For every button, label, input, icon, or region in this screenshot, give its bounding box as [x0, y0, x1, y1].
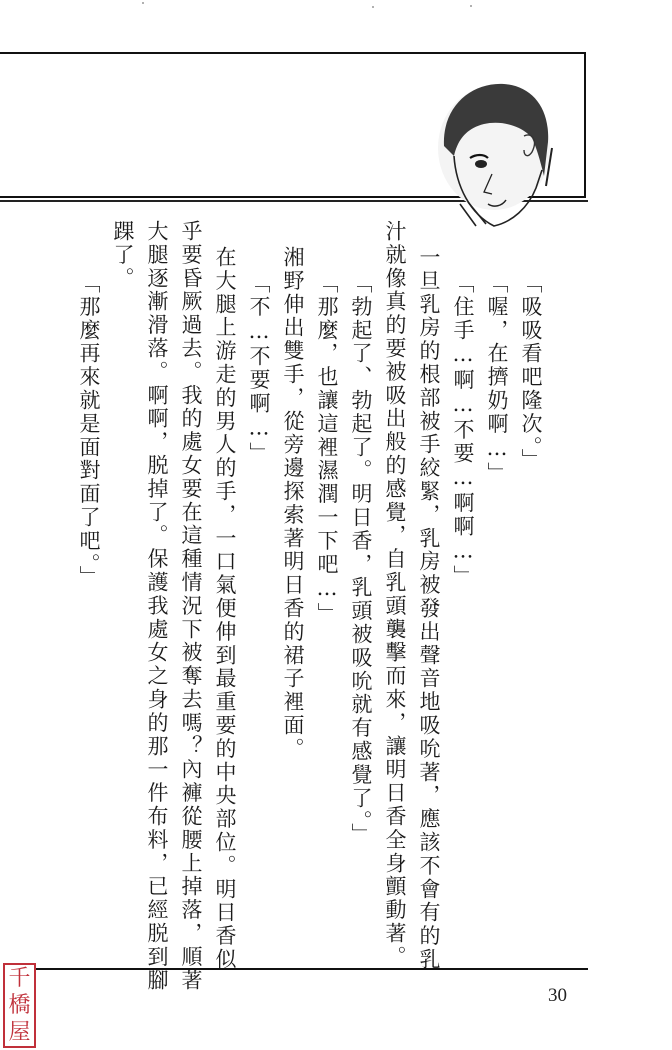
text-column: 「喔，在擠奶啊…」 [484, 272, 510, 486]
footer-rule [30, 968, 588, 970]
seal-char: 千 [8, 968, 30, 990]
page-number: 30 [548, 985, 567, 1007]
text-column: 湘野伸出雙手，從旁邊探索著明日香的裙子裡面。 [280, 246, 306, 761]
text-column: 一旦乳房的根部被手絞緊，乳房被發出聲音地吸吮著，應該不會有的乳 [416, 246, 442, 971]
text-column: 大腿逐漸滑落。啊啊，脱掉了。保護我處女之身的那一件布料，已經脱到腳 [144, 220, 170, 992]
text-column: 在大腿上游走的男人的手，一口氣便伸到最重要的中央部位。明日香似 [212, 246, 238, 971]
text-column: 「吸吸看吧隆次。」 [518, 272, 544, 472]
text-column: 「那麼，也讓這裡濕潤一下吧…」 [314, 272, 340, 626]
speck [142, 2, 144, 4]
text-column: 「那麼再來就是面對面了吧。」 [76, 272, 102, 589]
seal-char: 橋 [8, 995, 30, 1017]
text-column: 乎要昏厥過去。我的處女要在這種情況下被奪去嗎？內褲從腰上掉落，順著 [178, 220, 204, 992]
text-column: 「住手…啊…不要…啊啊…」 [450, 272, 476, 588]
speck [372, 6, 374, 8]
seal-char: 屋 [8, 1022, 30, 1044]
text-column: 汁就像真的要被吸出般的感覺，自乳頭襲擊而來，讓明日香全身顫動著。 [382, 220, 408, 969]
red-seal-stamp: 千 橋 屋 [3, 963, 36, 1048]
character-portrait-illustration [432, 76, 560, 234]
text-column: 「不…不要啊…」 [246, 272, 272, 465]
text-column: 「勃起了、勃起了。明日香，乳頭被吸吮就有感覺了。」 [348, 272, 374, 847]
speck [470, 5, 472, 7]
text-column: 踝了。 [110, 220, 136, 290]
scan-specks [0, 0, 672, 12]
